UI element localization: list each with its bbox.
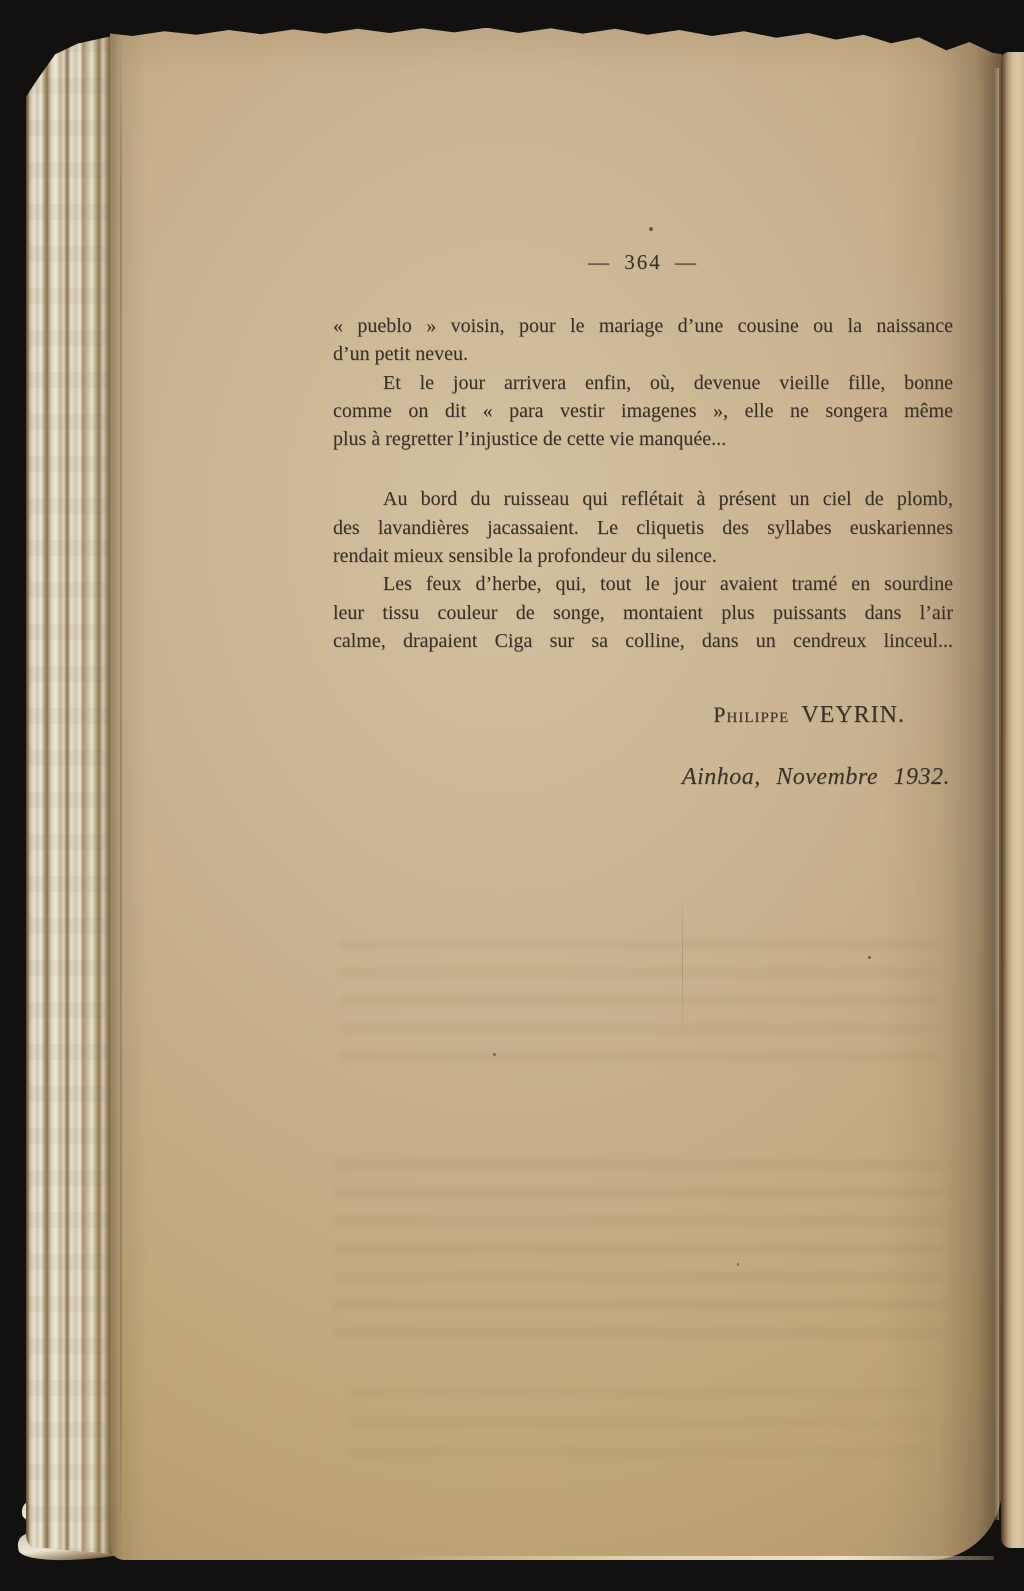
text-line: Les feux d’herbe, qui, tout le jour avai… (333, 570, 953, 598)
text-line: Et le jour arrivera enfin, où, devenue v… (333, 369, 953, 397)
paper-scratch (682, 888, 683, 1038)
text-line: plus à regretter l’injustice de cette vi… (333, 425, 953, 453)
page-left-crease (120, 28, 122, 1560)
paper-speck (649, 227, 653, 231)
gutter-fold-highlight (994, 68, 999, 1520)
author-surname: VEYRIN. (801, 702, 905, 728)
verso-showthrough-upper (340, 940, 940, 1070)
paper-speck (737, 1263, 739, 1266)
text-line: des lavandières jacassaient. Le cliqueti… (333, 514, 953, 542)
text-line: d’un petit neveu. (333, 340, 953, 368)
page-number: — 364 — (333, 248, 953, 276)
text-line: leur tissu couleur de songe, montaient p… (333, 599, 953, 627)
scanned-book-page: — 364 — « pueblo » voisin, pour le maria… (0, 0, 1024, 1591)
text-line: calme, drapaient Ciga sur sa colline, da… (333, 627, 953, 655)
text-line: rendait mieux sensible la profondeur du … (333, 542, 953, 570)
paper-speck (868, 956, 871, 959)
verso-showthrough-middle (335, 1160, 945, 1350)
text-line: « pueblo » voisin, pour le mariage d’une… (333, 312, 953, 340)
page-text-block: — 364 — « pueblo » voisin, pour le maria… (333, 248, 953, 793)
author-signature: Philippe VEYRIN. (333, 701, 953, 731)
text-line: comme on dit « para vestir imagenes », e… (333, 397, 953, 425)
verso-showthrough-lower (350, 1388, 930, 1478)
dateline: Ainhoa, Novembre 1932. (333, 763, 953, 793)
author-given-name: Philippe (713, 702, 789, 727)
text-line: Au bord du ruisseau qui reflétait à prés… (333, 485, 953, 513)
paper-speck (493, 1053, 496, 1056)
facing-page-gutter-edge (1001, 52, 1024, 1548)
page-bottom-edge-highlight (395, 1556, 994, 1560)
page-stack-fore-edges (26, 36, 112, 1554)
